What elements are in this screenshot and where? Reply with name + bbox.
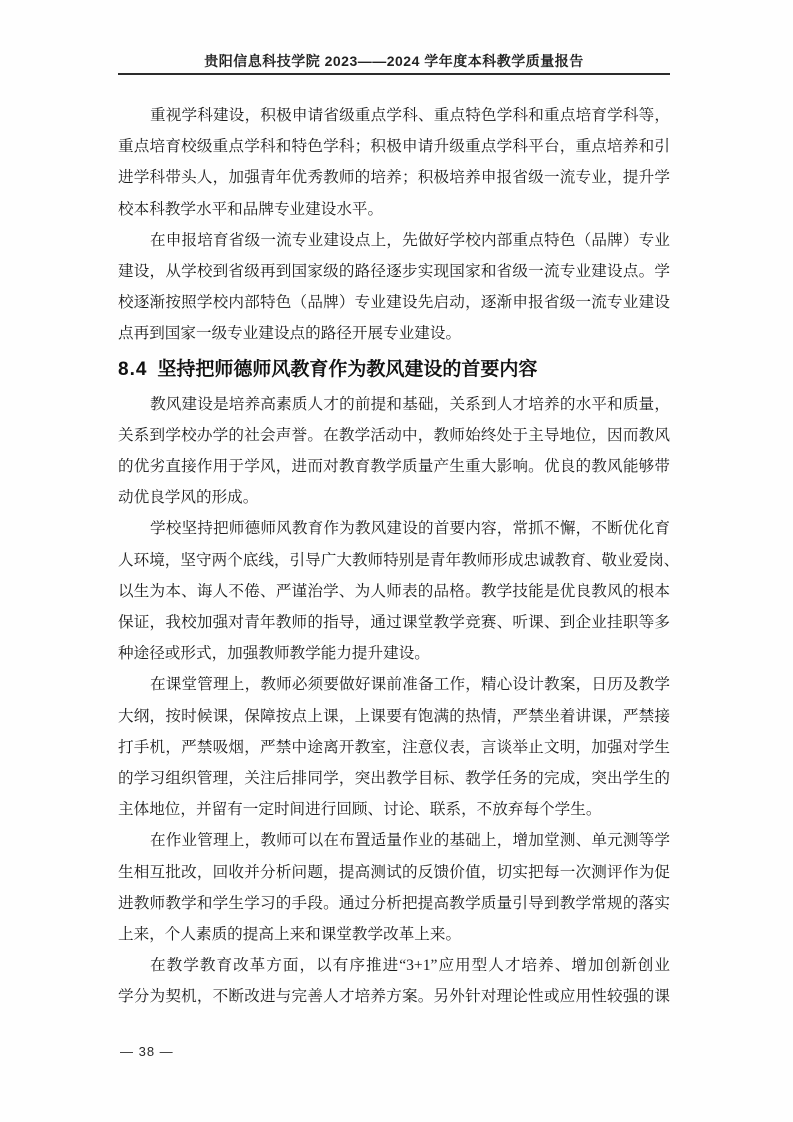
paragraph: 重视学科建设，积极申请省级重点学科、重点特色学科和重点培育学科等，重点培育校级重… xyxy=(118,100,670,225)
paragraph-line: 进学科带头人，加强青年优秀教师的培养；积极培养申报省级一流专业，提升学 xyxy=(118,162,670,193)
page-number: — 38 — xyxy=(120,1044,174,1059)
section-heading: 8.4坚持把师德师风教育作为教风建设的首要内容 xyxy=(118,352,670,388)
paragraph: 在课堂管理上，教师必须要做好课前准备工作，精心设计教案，日历及教学大纲，按时候课… xyxy=(118,669,670,825)
paragraph-line: 生相互批改，回收并分析问题，提高测试的反馈价值，切实把每一次测评作为促 xyxy=(118,857,670,888)
paragraph: 在教学教育改革方面，以有序推进“3+1”应用型人才培养、增加创新创业学分为契机，… xyxy=(118,950,670,1012)
page-footer: — 38 — xyxy=(120,1043,174,1061)
paragraph-line: 在申报培育省级一流专业建设点上，先做好学校内部重点特色（品牌）专业 xyxy=(118,225,670,256)
page-header: 贵阳信息科技学院 2023——2024 学年度本科教学质量报告 xyxy=(118,52,670,75)
paragraph-line: 大纲，按时候课，保障按点上课，上课要有饱满的热情，严禁坐着讲课，严禁接 xyxy=(118,701,670,732)
paragraph-line: 主体地位，并留有一定时间进行回顾、讨论、联系，不放弃每个学生。 xyxy=(118,794,670,825)
paragraph-line: 打手机，严禁吸烟，严禁中途离开教室，注意仪表，言谈举止文明，加强对学生 xyxy=(118,732,670,763)
paragraph-line: 在教学教育改革方面，以有序推进“3+1”应用型人才培养、增加创新创业 xyxy=(118,950,670,981)
running-header-title: 贵阳信息科技学院 2023——2024 学年度本科教学质量报告 xyxy=(118,52,670,70)
paragraph-line: 保证，我校加强对青年教师的指导，通过课堂教学竞赛、听课、到企业挂职等多 xyxy=(118,607,670,638)
paragraph-line: 以生为本、诲人不倦、严谨治学、为人师表的品格。教学技能是优良教风的根本 xyxy=(118,576,670,607)
paragraph-line: 关系到学校办学的社会声誉。在教学活动中，教师始终处于主导地位，因而教风 xyxy=(118,420,670,451)
paragraph-line: 上来，个人素质的提高上来和课堂教学改革上来。 xyxy=(118,919,670,950)
page-body: 重视学科建设，积极申请省级重点学科、重点特色学科和重点培育学科等，重点培育校级重… xyxy=(118,100,670,1013)
section-number: 8.4 xyxy=(118,359,147,380)
paragraph-line: 的学习组织管理，关注后排同学，突出教学目标、教学任务的完成，突出学生的 xyxy=(118,763,670,794)
paragraph: 教风建设是培养高素质人才的前提和基础，关系到人才培养的水平和质量，关系到学校办学… xyxy=(118,389,670,514)
paragraph-line: 的优劣直接作用于学风，进而对教育教学质量产生重大影响。优良的教风能够带 xyxy=(118,451,670,482)
paragraph-line: 动优良学风的形成。 xyxy=(118,482,670,513)
paragraph-line: 重点培育校级重点学科和特色学科；积极申请升级重点学科平台，重点培养和引 xyxy=(118,131,670,162)
document-page: 贵阳信息科技学院 2023——2024 学年度本科教学质量报告 重视学科建设，积… xyxy=(0,0,793,1122)
paragraph: 在申报培育省级一流专业建设点上，先做好学校内部重点特色（品牌）专业建设，从学校到… xyxy=(118,225,670,350)
paragraph-line: 校逐渐按照学校内部特色（品牌）专业建设先启动，逐渐申报省级一流专业建设 xyxy=(118,287,670,318)
paragraph-line: 学校坚持把师德师风教育作为教风建设的首要内容，常抓不懈，不断优化育 xyxy=(118,513,670,544)
paragraph-line: 学分为契机，不断改进与完善人才培养方案。另外针对理论性或应用性较强的课 xyxy=(118,981,670,1012)
paragraph-line: 在课堂管理上，教师必须要做好课前准备工作，精心设计教案，日历及教学 xyxy=(118,669,670,700)
section-title: 坚持把师德师风教育作为教风建设的首要内容 xyxy=(157,359,537,380)
paragraph: 学校坚持把师德师风教育作为教风建设的首要内容，常抓不懈，不断优化育人环境，坚守两… xyxy=(118,513,670,669)
paragraph-line: 教风建设是培养高素质人才的前提和基础，关系到人才培养的水平和质量， xyxy=(118,389,670,420)
paragraph-line: 校本科教学水平和品牌专业建设水平。 xyxy=(118,194,670,225)
paragraph-line: 点再到国家一级专业建设点的路径开展专业建设。 xyxy=(118,318,670,349)
paragraph-line: 重视学科建设，积极申请省级重点学科、重点特色学科和重点培育学科等， xyxy=(118,100,670,131)
paragraph-line: 建设，从学校到省级再到国家级的路径逐步实现国家和省级一流专业建设点。学 xyxy=(118,256,670,287)
paragraph: 在作业管理上，教师可以在布置适量作业的基础上，增加堂测、单元测等学生相互批改，回… xyxy=(118,825,670,950)
paragraph-line: 种途径或形式，加强教师教学能力提升建设。 xyxy=(118,638,670,669)
paragraph-line: 人环境，坚守两个底线，引导广大教师特别是青年教师形成忠诚教育、敬业爱岗、 xyxy=(118,545,670,576)
paragraph-line: 进教师教学和学生学习的手段。通过分析把提高教学质量引导到教学常规的落实 xyxy=(118,888,670,919)
paragraph-line: 在作业管理上，教师可以在布置适量作业的基础上，增加堂测、单元测等学 xyxy=(118,825,670,856)
